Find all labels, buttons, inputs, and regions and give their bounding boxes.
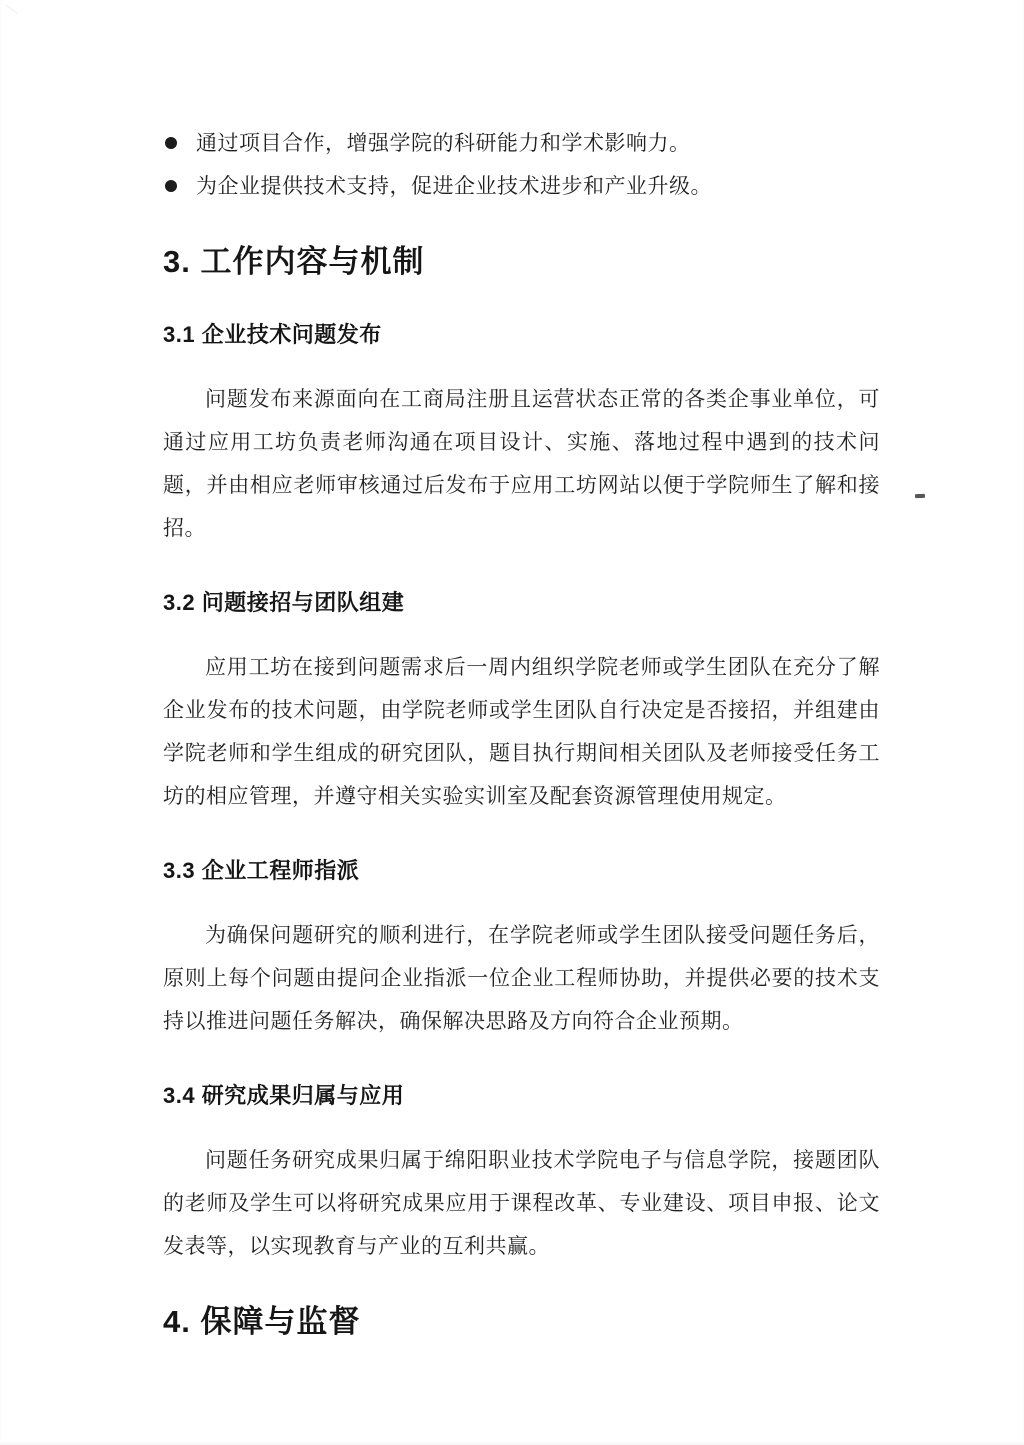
subsection-heading-3-4: 3.4 研究成果归属与应用 [163, 1081, 880, 1111]
subsection-heading-3-2: 3.2 问题接招与团队组建 [163, 588, 880, 618]
paragraph-3-4: 问题任务研究成果归属于绵阳职业技术学院电子与信息学院，接题团队的老师及学生可以将… [163, 1139, 880, 1268]
list-item: 通过项目合作，增强学院的科研能力和学术影响力。 [163, 122, 880, 165]
bullet-icon [165, 137, 177, 149]
list-item: 为企业提供技术支持，促进企业技术进步和产业升级。 [163, 165, 880, 208]
subsection-heading-3-1: 3.1 企业技术问题发布 [163, 320, 880, 350]
subsection-heading-3-3: 3.3 企业工程师指派 [163, 856, 880, 886]
paragraph-3-1: 问题发布来源面向在工商局注册且运营状态正常的各类企事业单位，可通过应用工坊负责老… [163, 378, 880, 550]
paragraph-3-3: 为确保问题研究的顺利进行，在学院老师或学生团队接受问题任务后，原则上每个问题由提… [163, 914, 880, 1043]
section-heading-4: 4. 保障与监督 [163, 1302, 880, 1342]
paragraph-3-2: 应用工坊在接到问题需求后一周内组织学院老师或学生团队在充分了解企业发布的技术问题… [163, 646, 880, 818]
document-page: 通过项目合作，增强学院的科研能力和学术影响力。 为企业提供技术支持，促进企业技术… [0, 0, 1024, 1445]
document-content: 通过项目合作，增强学院的科研能力和学术影响力。 为企业提供技术支持，促进企业技术… [163, 122, 880, 1342]
scan-corner-artifact [0, 5, 18, 22]
bullet-list: 通过项目合作，增强学院的科研能力和学术影响力。 为企业提供技术支持，促进企业技术… [163, 122, 880, 208]
bullet-icon [165, 180, 177, 192]
bullet-text: 为企业提供技术支持，促进企业技术进步和产业升级。 [196, 165, 712, 208]
section-heading-3: 3. 工作内容与机制 [163, 242, 880, 282]
bullet-text: 通过项目合作，增强学院的科研能力和学术影响力。 [196, 122, 691, 165]
scan-artifact-dash [915, 494, 925, 498]
